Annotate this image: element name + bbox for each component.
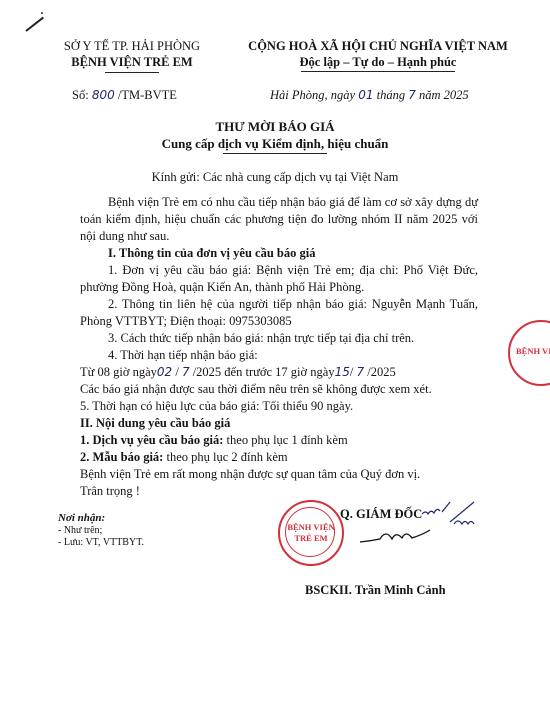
document-title: THƯ MỜI BÁO GIÁ Cung cấp dịch vụ Kiểm đị…: [0, 118, 550, 154]
title-sub: Cung cấp dịch vụ Kiểm định, hiệu chuẩn: [0, 135, 550, 152]
organization-name: BỆNH VIỆN TRẺ EM: [52, 54, 212, 70]
stamp-line-2: TRẺ EM: [280, 533, 342, 543]
national-motto: Độc lập – Tự do – Hạnh phúc: [228, 54, 528, 70]
date-day: 01: [358, 88, 373, 102]
title-rule: [223, 153, 327, 154]
period-from-day: 02: [157, 365, 172, 379]
handwritten-mark: [25, 17, 44, 32]
signer-name: BSCKII. Trần Minh Cảnh: [305, 583, 446, 598]
date-line: Hải Phòng, ngày 01 tháng 7 năm 2025: [270, 88, 469, 103]
period-from-prefix: Từ 08 giờ ngày: [80, 365, 157, 379]
period-to-month: 7: [356, 365, 364, 379]
req2-label: 2. Mẫu báo giá:: [80, 450, 163, 464]
handwritten-dot: [41, 12, 43, 14]
late-note: Các báo giá nhận được sau thời điểm nêu …: [80, 381, 478, 398]
req2-text: theo phụ lục 2 đính kèm: [163, 450, 287, 464]
date-month-label: tháng: [377, 88, 405, 102]
official-stamp: BỆNH VIỆN TRẺ EM: [278, 500, 344, 566]
header-rule: [105, 72, 159, 73]
recipients-item: - Lưu: VT, VTTBYT.: [58, 537, 144, 550]
document-number: Số: 800 /TM-BVTE: [72, 88, 177, 103]
margin-stamp-text: BỆNH VIỆN: [516, 346, 550, 356]
doc-number-handwritten: 800: [92, 88, 115, 102]
period-from-month: 7: [182, 365, 190, 379]
intro-paragraph: Bệnh viện Trẻ em có nhu cầu tiếp nhận bá…: [80, 194, 478, 245]
period-to-year: /2025: [367, 365, 395, 379]
date-month: 7: [408, 88, 416, 102]
item-1: 1. Đơn vị yêu cầu báo giá: Bệnh viện Trẻ…: [80, 262, 478, 296]
date-year: năm 2025: [419, 88, 469, 102]
period-middle: /2025 đến trước 17 giờ ngày: [193, 365, 335, 379]
section1-heading: I. Thông tin của đơn vị yêu cầu báo giá: [80, 245, 478, 262]
doc-number-suffix: /TM-BVTE: [118, 88, 177, 102]
req1-text: theo phụ lục 1 đính kèm: [223, 433, 347, 447]
director-signature-icon: [360, 520, 490, 560]
requirement-1: 1. Dịch vụ yêu cầu báo giá: theo phụ lục…: [80, 432, 478, 449]
nation-name: CỘNG HOÀ XÃ HỘI CHỦ NGHĨA VIỆT NAM: [228, 38, 528, 54]
section2-heading: II. Nội dung yêu cầu báo giá: [80, 415, 478, 432]
period-to-day: 15: [335, 365, 350, 379]
recipients-block: Nơi nhận: - Như trên; - Lưu: VT, VTTBYT.: [58, 512, 144, 550]
requirement-2: 2. Mẫu báo giá: theo phụ lục 2 đính kèm: [80, 449, 478, 466]
item-3: 3. Cách thức tiếp nhận báo giá: nhận trự…: [80, 330, 478, 347]
margin-stamp: BỆNH VIỆN: [508, 320, 550, 386]
national-header: CỘNG HOÀ XÃ HỘI CHỦ NGHĨA VIỆT NAM Độc l…: [228, 38, 528, 72]
title-main: THƯ MỜI BÁO GIÁ: [0, 118, 550, 135]
item-4: 4. Thời hạn tiếp nhận báo giá:: [80, 347, 478, 364]
recipient-line: Kính gửi: Các nhà cung cấp dịch vụ tại V…: [0, 170, 550, 185]
recipients-item: - Như trên;: [58, 525, 144, 538]
item-5: 5. Thời hạn có hiệu lực của báo giá: Tối…: [80, 398, 478, 415]
date-place: Hải Phòng, ngày: [270, 88, 355, 102]
req1-label: 1. Dịch vụ yêu cầu báo giá:: [80, 433, 223, 447]
letter-body: Bệnh viện Trẻ em có nhu cầu tiếp nhận bá…: [80, 194, 478, 500]
issuer-header: SỞ Y TẾ TP. HẢI PHÒNG BỆNH VIỆN TRẺ EM: [52, 38, 212, 73]
department-name: SỞ Y TẾ TP. HẢI PHÒNG: [52, 38, 212, 54]
motto-rule: [301, 71, 455, 72]
regards-line: Trân trọng !: [80, 483, 478, 500]
quote-period: Từ 08 giờ ngày02 / 7 /2025 đến trước 17 …: [80, 364, 478, 381]
stamp-inner-ring: [285, 507, 335, 557]
recipients-label: Nơi nhận:: [58, 512, 144, 525]
doc-number-prefix: Số:: [72, 88, 89, 102]
closing-line: Bệnh viện Trẻ em rất mong nhận được sự q…: [80, 466, 478, 483]
stamp-line-1: BỆNH VIỆN: [280, 522, 342, 532]
item-2: 2. Thông tin liên hệ của người tiếp nhận…: [80, 296, 478, 330]
